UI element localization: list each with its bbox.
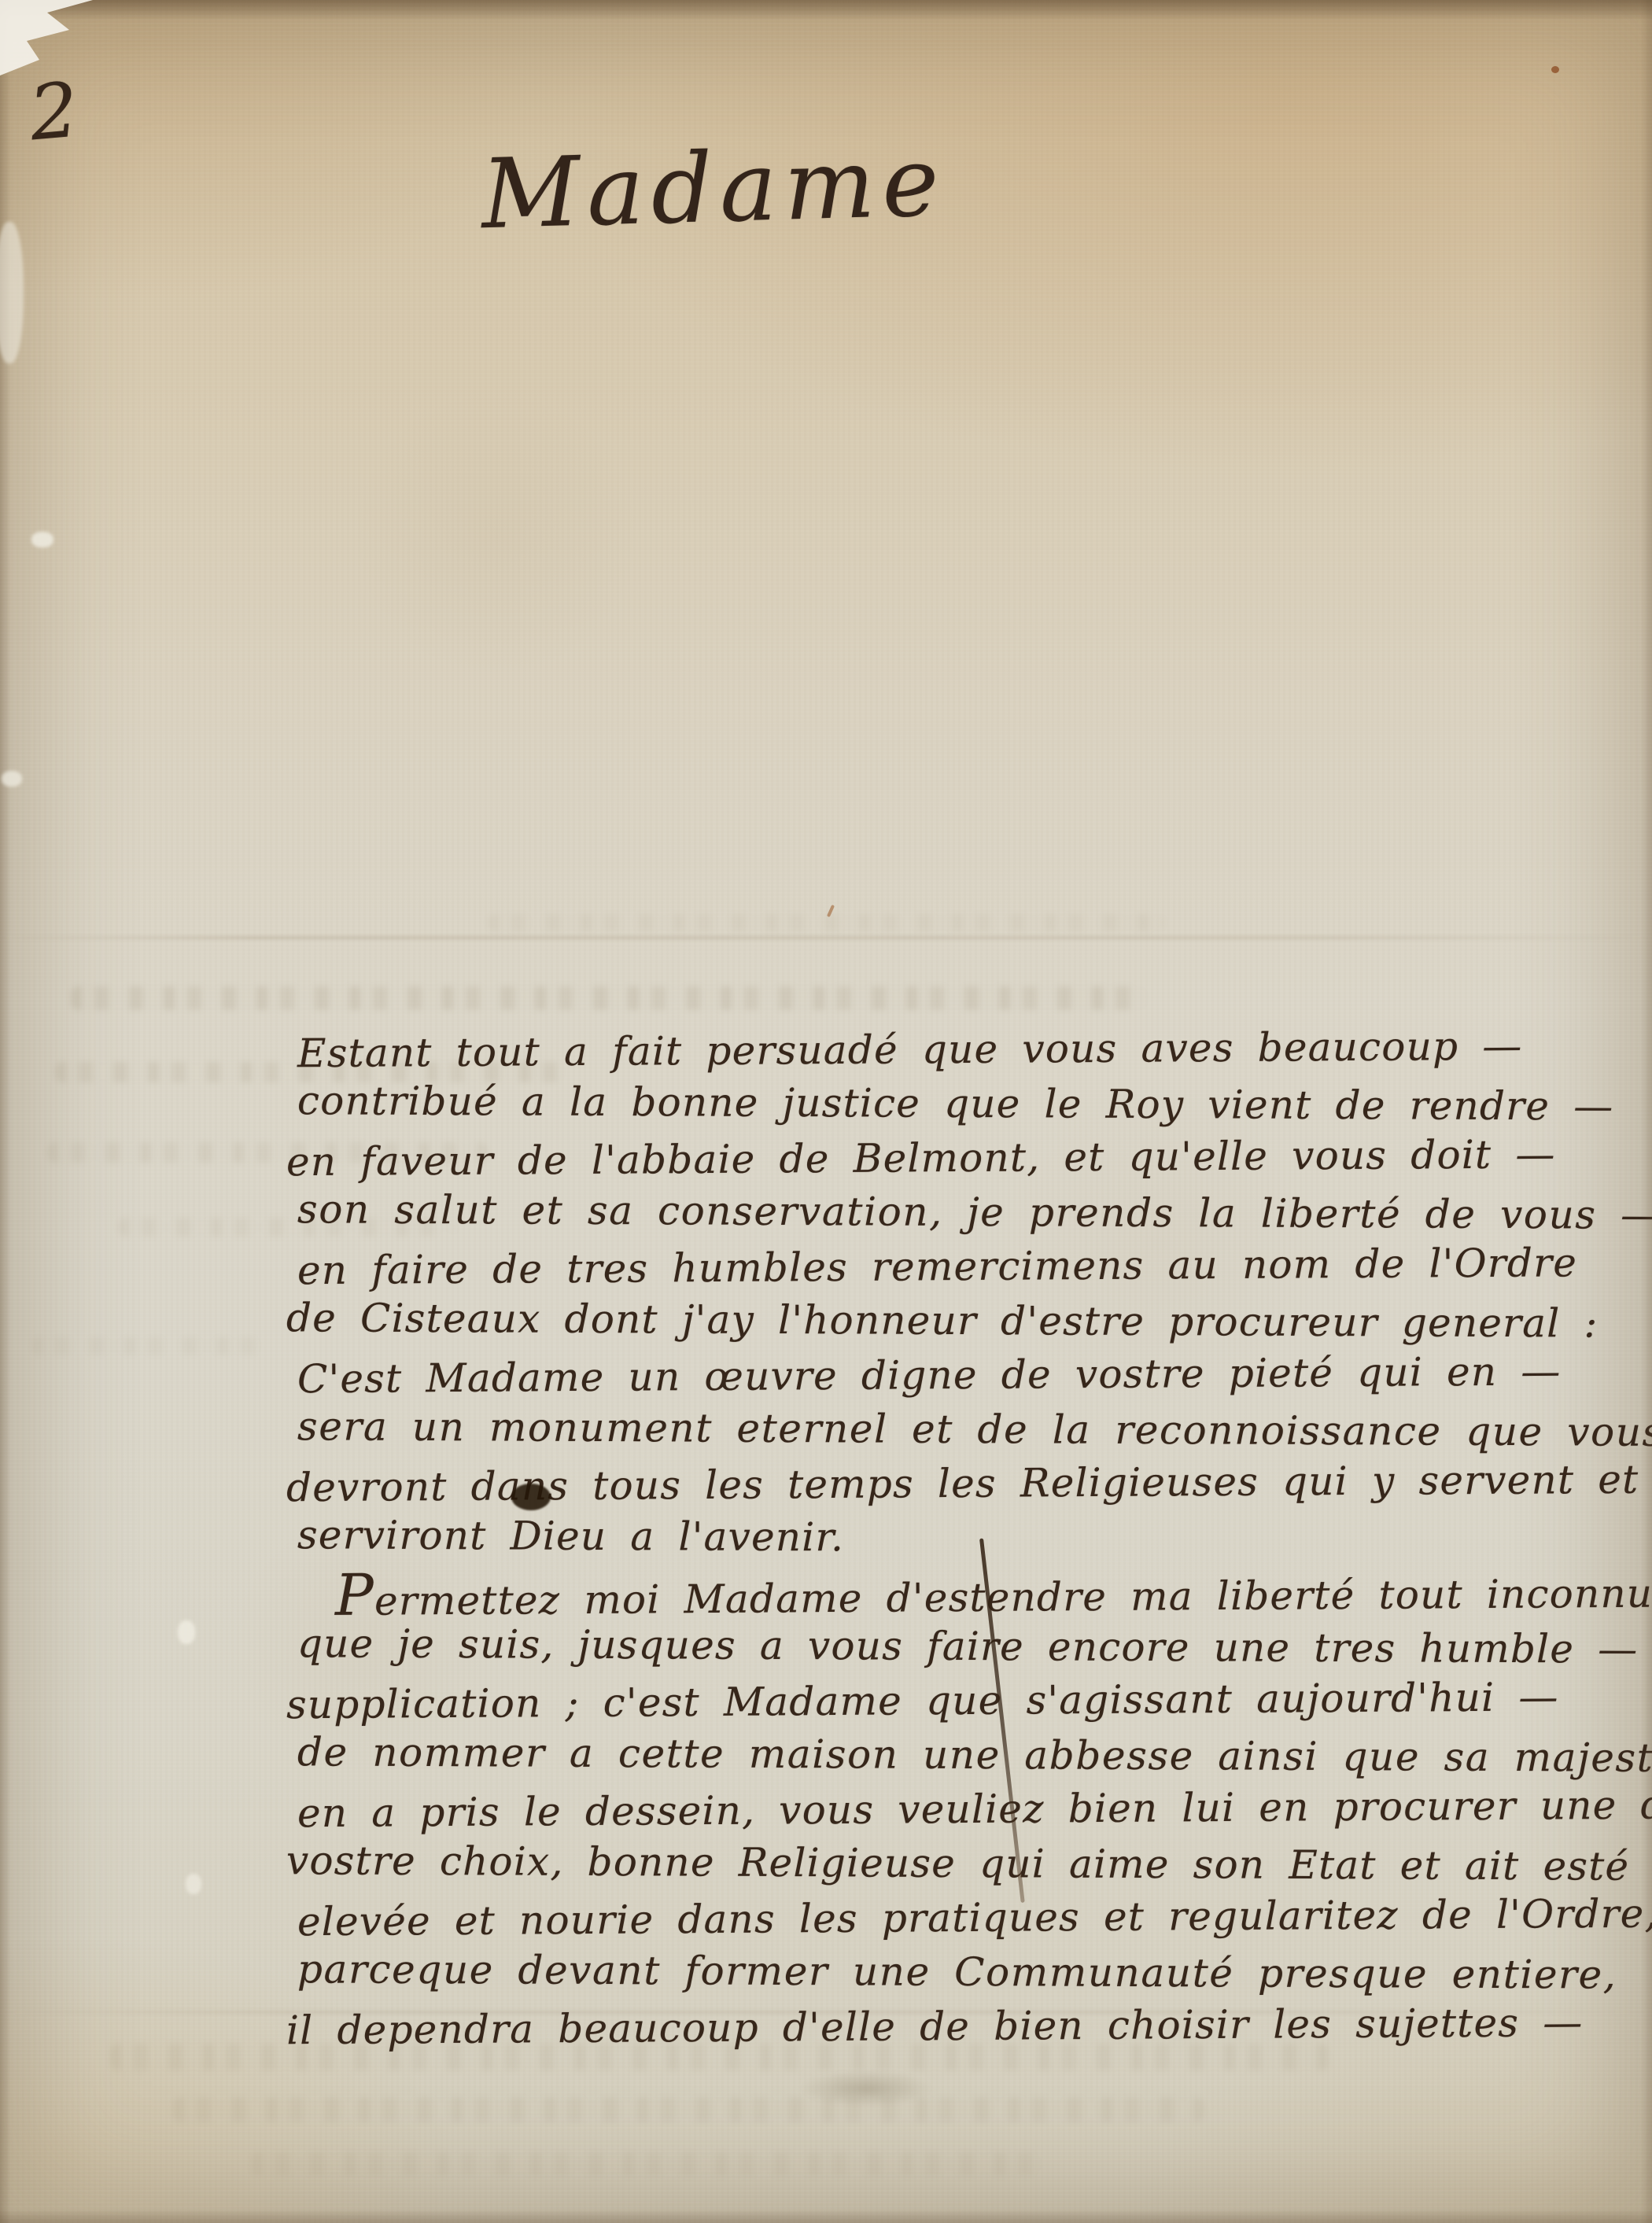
manuscript-line: sera un monument eternel et de la reconn… <box>297 1399 1635 1459</box>
paper-edge-shadow-top <box>0 0 1652 20</box>
paper-edge-shadow-right <box>1641 0 1652 2223</box>
manuscript-line: son salut et sa conservation, je prends … <box>297 1182 1635 1242</box>
paper-chip <box>2 771 22 787</box>
manuscript-line: supplication ; c'est Madame que s'agissa… <box>286 1670 1635 1732</box>
paper-chip <box>178 1620 195 1644</box>
paragraph-2: Permettez moi Madame d'estendre ma liber… <box>297 1565 1635 2054</box>
manuscript-line: contribué a la bonne justice que le Roy … <box>297 1074 1635 1134</box>
manuscript-line: que je suis, jusques a vous faire encore… <box>297 1617 1635 1676</box>
manuscript-line: serviront Dieu a l'avenir. <box>297 1508 1635 1568</box>
paper-chip <box>186 1874 201 1894</box>
fold-crease-horizontal-upper <box>0 936 1652 939</box>
bleedthrough-smudge <box>799 2070 933 2107</box>
manuscript-line: Estant tout a fait persuadé que vous ave… <box>297 1019 1635 1081</box>
page-number: 2 <box>26 66 82 158</box>
manuscript-line: en faire de tres humbles remercimens au … <box>297 1236 1635 1298</box>
manuscript-line: parceque devant former une Communauté pr… <box>297 1942 1635 2002</box>
paper-edge-shadow-bottom <box>0 2209 1652 2223</box>
manuscript-line: de Cisteaux dont j'ay l'honneur d'estre … <box>286 1291 1635 1351</box>
manuscript-line: C'est Madame un œuvre digne de vostre pi… <box>297 1344 1635 1406</box>
rust-speck <box>1551 66 1559 73</box>
manuscript-line: en a pris le dessein, vous veuliez bien … <box>297 1779 1635 1841</box>
bleedthrough-band <box>71 986 1149 1010</box>
ink-blot <box>511 1484 551 1510</box>
paper-chip <box>0 222 24 363</box>
manuscript-line: elevée et nourie dans les pratiques et r… <box>297 1887 1635 1949</box>
bleedthrough-band <box>252 2152 1046 2176</box>
paragraph-1: Estant tout a fait persuadé que vous ave… <box>297 1023 1635 1565</box>
manuscript-line: de nommer a cette maison une abbesse ain… <box>297 1725 1635 1785</box>
letter-body: Estant tout a fait persuadé que vous ave… <box>297 1023 1635 2054</box>
bleedthrough-band <box>31 1337 275 1355</box>
salutation-heading: Madame <box>480 126 947 250</box>
manuscript-page: 2 Madame Estant tout a fait persuadé que… <box>0 0 1652 2223</box>
manuscript-line: Permettez moi Madame d'estendre ma liber… <box>297 1561 1635 1624</box>
manuscript-line: il dependra beaucoup d'elle de bien choi… <box>286 1996 1635 2058</box>
manuscript-line: devront dans tous les temps les Religieu… <box>286 1453 1635 1515</box>
manuscript-line: en faveur de l'abbaie de Belmont, et qu'… <box>286 1127 1635 1189</box>
bleedthrough-band <box>173 2097 1204 2122</box>
bleedthrough-band <box>488 914 1164 931</box>
manuscript-line: vostre choix, bonne Religieuse qui aime … <box>286 1834 1635 1893</box>
paper-chip <box>31 532 53 547</box>
